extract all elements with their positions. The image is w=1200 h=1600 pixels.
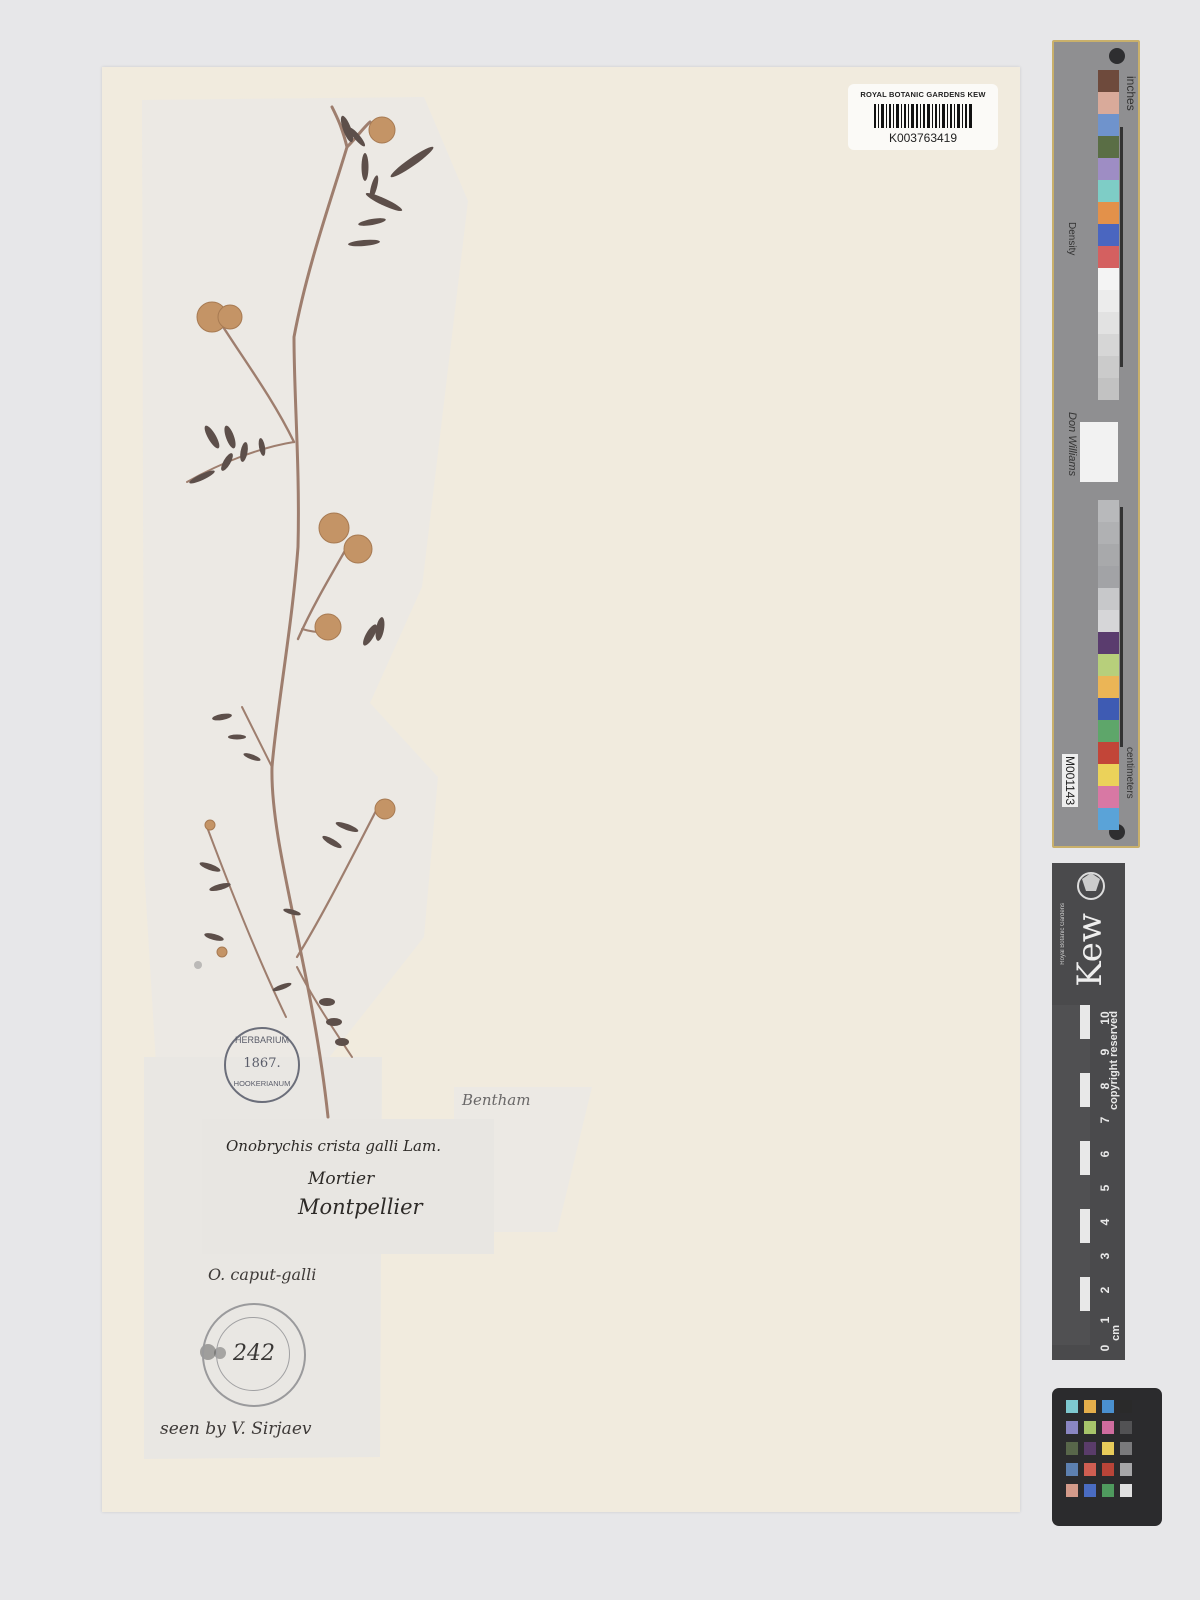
scale-tick-6: 6 [1098, 1147, 1112, 1161]
copyright-text: copyright reserved [1108, 1011, 1120, 1110]
inches-label: inches [1124, 76, 1138, 111]
scale-tick-5: 5 [1098, 1181, 1112, 1195]
inch-scale [1120, 127, 1123, 367]
herbarium-stamp: HERBARIUM 1867. HOOKERIANUM [224, 1027, 300, 1103]
kew-logo: Kew [1070, 913, 1110, 987]
centimeters-label: centimeters [1124, 747, 1135, 799]
stamp-bottom-text: HOOKERIANUM [226, 1079, 298, 1088]
scale-tick-2: 2 [1098, 1283, 1112, 1297]
color-density-ruler: inches centimeters Density Don Williams … [1052, 40, 1140, 848]
species-name: Onobrychis crista galli Lam. [226, 1137, 441, 1155]
seen-by-annotation: seen by V. Sirjaev [160, 1419, 311, 1439]
collector-name: Mortier [308, 1169, 374, 1189]
barcode-icon [874, 104, 972, 128]
kew-subtitle: Royal Botanic Gardens [1060, 903, 1066, 965]
royal-kew-stamp: 242 [202, 1303, 306, 1407]
stamp-number: 242 [204, 1341, 304, 1366]
color-checker-card [1052, 1388, 1162, 1526]
barcode-label: ROYAL BOTANIC GARDENS KEW K003763419 [848, 84, 998, 150]
locality: Montpellier [298, 1195, 423, 1219]
royal-crest-icon [1074, 869, 1108, 903]
ruler-hole-top [1109, 48, 1125, 64]
brand-label: Don Williams [1066, 412, 1078, 476]
density-label: Density [1066, 222, 1077, 255]
cm-scale [1120, 507, 1123, 747]
herbarium-sheet: ROYAL BOTANIC GARDENS KEW K003763419 HER… [102, 67, 1020, 1512]
stamp-top-text: HERBARIUM [226, 1035, 298, 1045]
scale-tick-4: 4 [1098, 1215, 1112, 1229]
stamp-year: 1867. [226, 1056, 298, 1071]
annotation-name: O. caput-galli [208, 1265, 316, 1284]
unit-label: cm [1110, 1325, 1122, 1341]
plant-specimen [102, 67, 1020, 1512]
kew-scale-bar: Kew Royal Botanic Gardens 10 9 8 7 6 5 4… [1052, 863, 1125, 1360]
barcode-number: K003763419 [848, 131, 998, 145]
institution-name: ROYAL BOTANIC GARDENS KEW [848, 90, 998, 99]
target-patch [1080, 422, 1118, 482]
scale-tick-7: 7 [1098, 1113, 1112, 1127]
scale-tick-0: 0 [1098, 1341, 1112, 1355]
scale-tick-3: 3 [1098, 1249, 1112, 1263]
determination-slip: Onobrychis crista galli Lam. Mortier Mon… [202, 1119, 494, 1254]
ruler-id: M001143 [1062, 754, 1078, 807]
collector-annotation: Bentham [462, 1091, 530, 1109]
